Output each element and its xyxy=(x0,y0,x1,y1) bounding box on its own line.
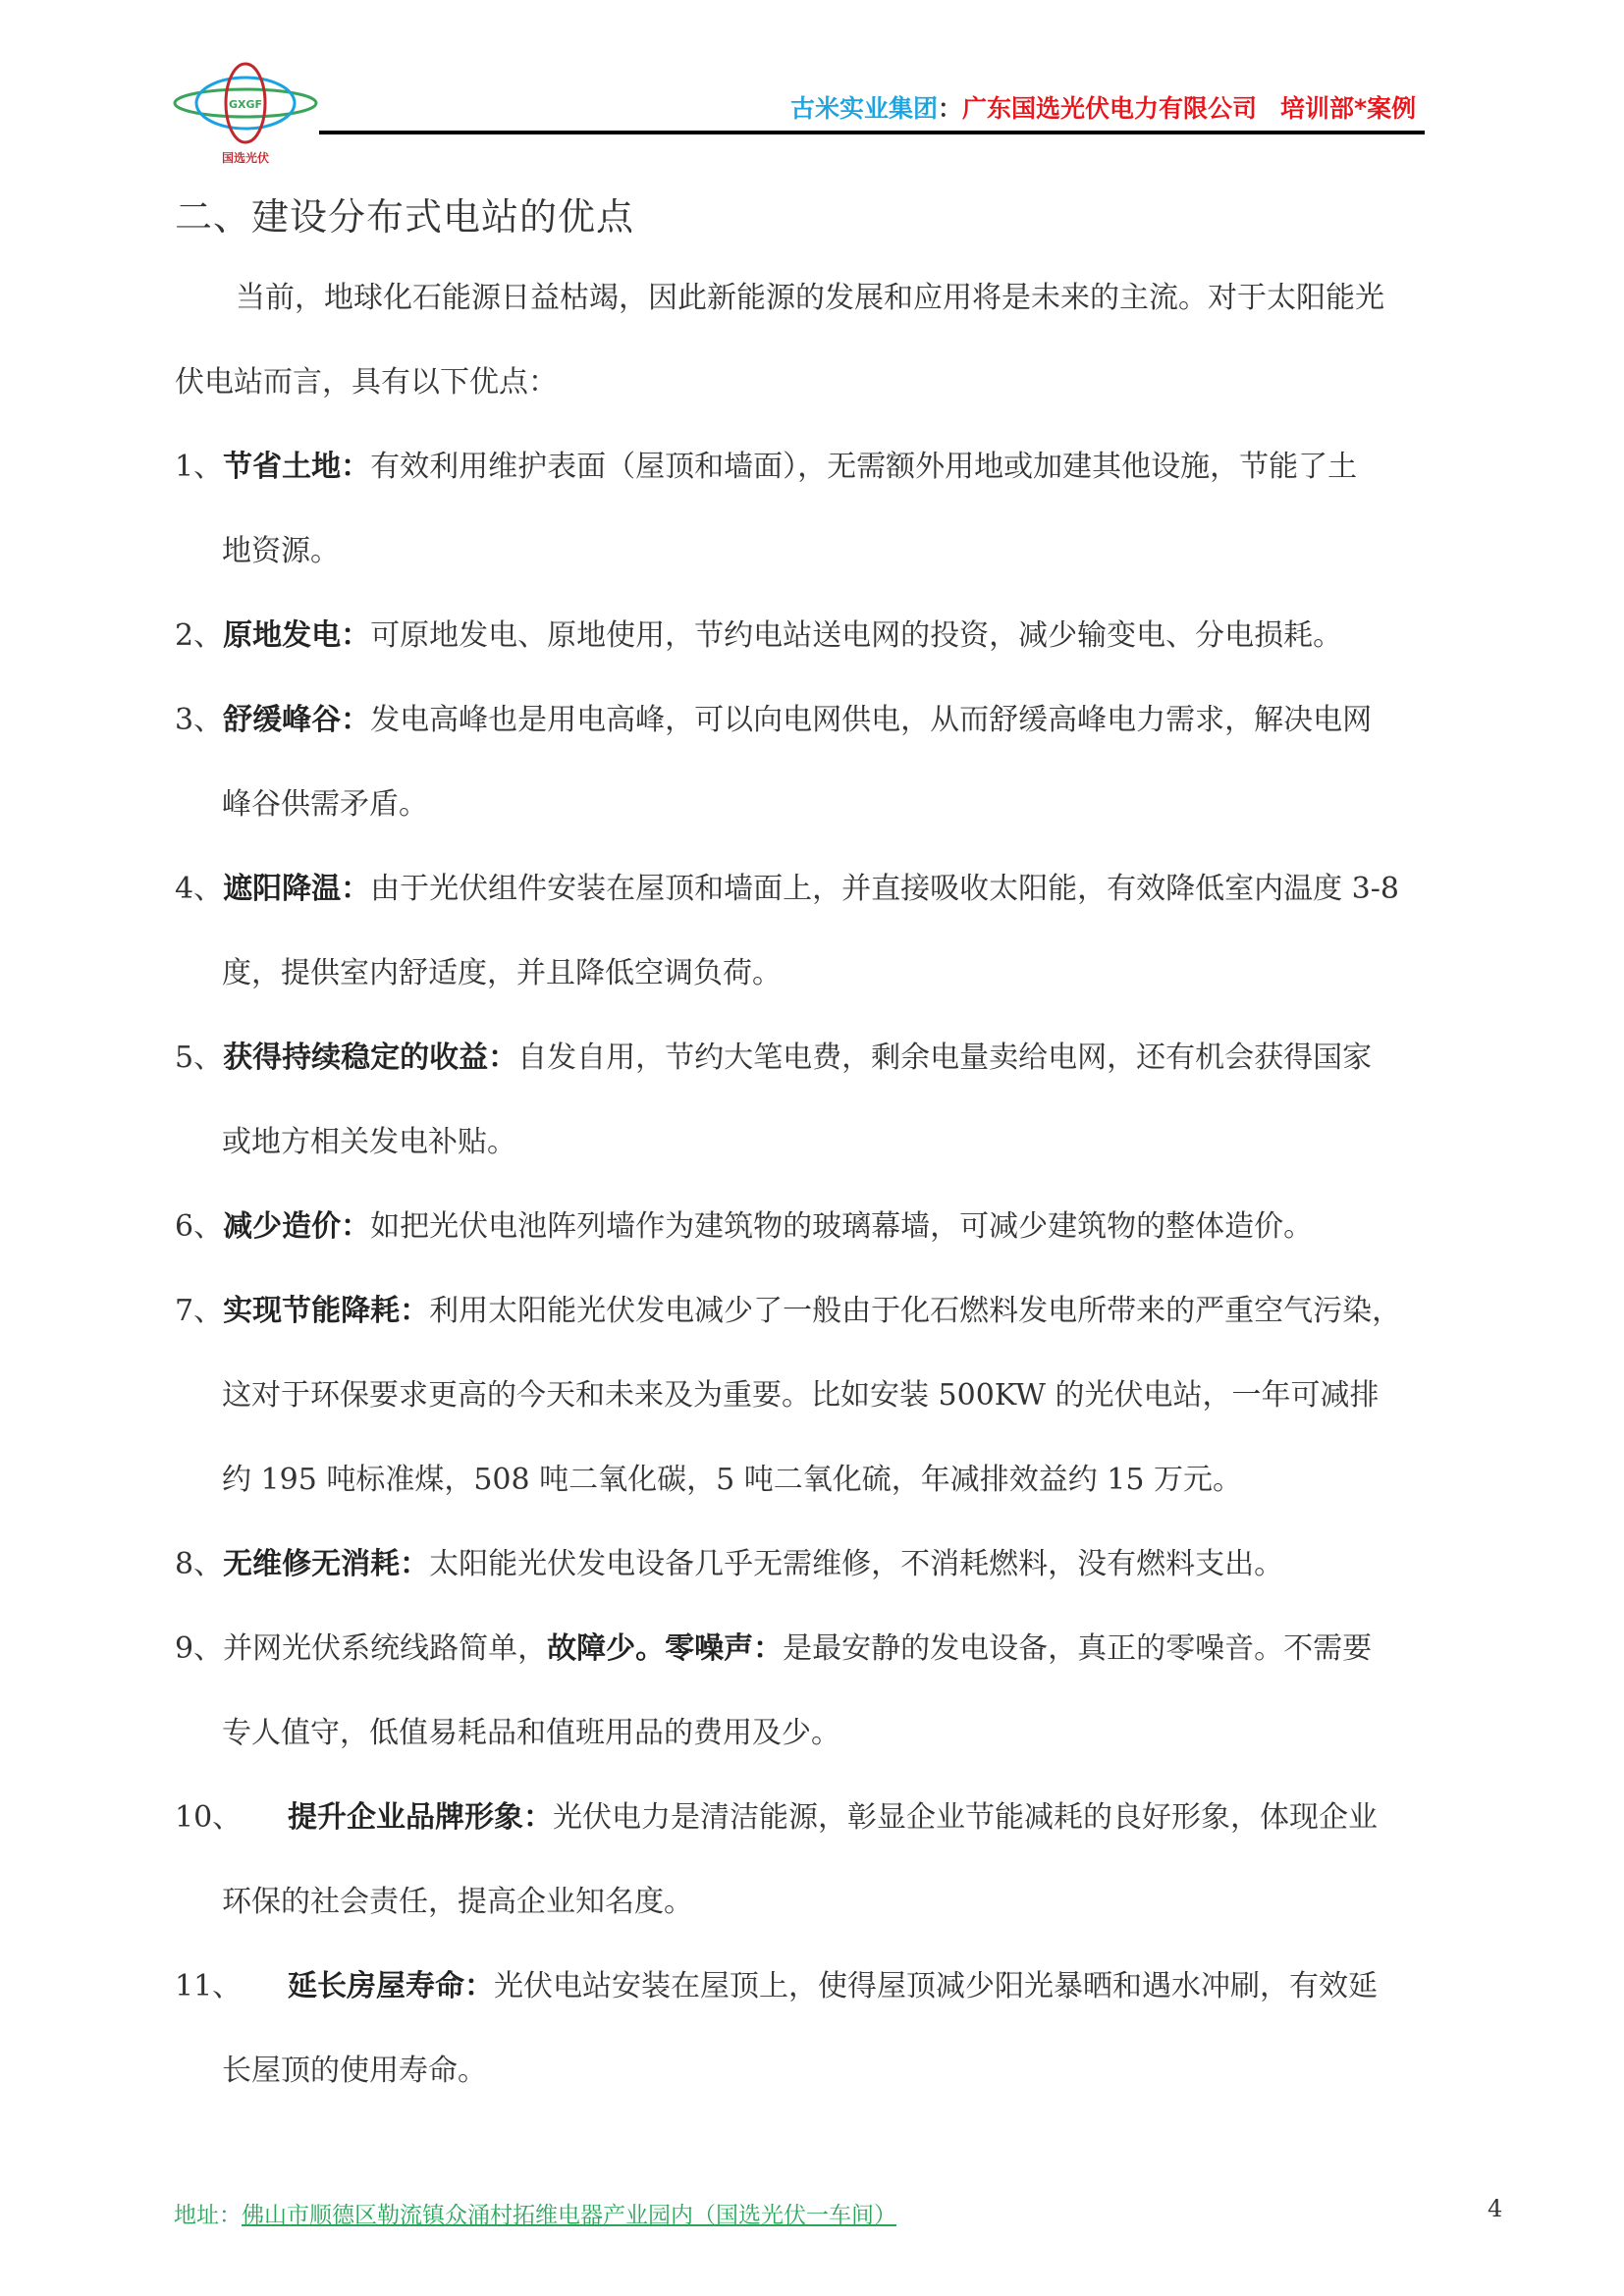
list-item-2: 2、原地发电：可原地发电、原地使用，节约电站送电网的投资，减少输变电、分电损耗。 xyxy=(175,594,1500,678)
item-heading: 提升企业品牌形象： xyxy=(288,1800,553,1835)
item-continuation: 这对于环保要求更高的今天和未来及为重要。比如安装 500KW 的光伏电站，一年可… xyxy=(175,1354,1500,1438)
header-banner: 古米实业集团：广东国选光伏电力有限公司培训部*案例 xyxy=(790,89,1416,125)
list-item-5: 5、获得持续稳定的收益：自发自用，节约大笔电费，剩余电量卖给电网，还有机会获得国… xyxy=(175,1016,1500,1185)
item-text: 自发自用，节约大笔电费，剩余电量卖给电网，还有机会获得国家 xyxy=(517,1041,1372,1075)
item-number: 11、 xyxy=(175,1945,288,2029)
list-item-7: 7、实现节能降耗：利用太阳能光伏发电减少了一般由于化石燃料发电所带来的严重空气污… xyxy=(175,1269,1500,1522)
item-continuation: 或地方相关发电补贴。 xyxy=(175,1100,1500,1185)
item-continuation: 长屋顶的使用寿命。 xyxy=(175,2029,1500,2113)
list-item-6: 6、减少造价：如把光伏电池阵列墙作为建筑物的玻璃幕墙，可减少建筑物的整体造价。 xyxy=(175,1185,1500,1269)
item-heading: 无维修无消耗： xyxy=(223,1547,429,1581)
list-item-4: 4、遮阳降温：由于光伏组件安装在屋顶和墙面上，并直接吸收太阳能，有效降低室内温度… xyxy=(175,847,1500,1016)
item-number: 1、 xyxy=(175,425,223,509)
item-number: 2、 xyxy=(175,594,223,678)
group-name: 古米实业集团 xyxy=(790,94,938,123)
item-text: 光伏电站安装在屋顶上，使得屋顶减少阳光暴晒和遇水冲刷，有效延 xyxy=(494,1969,1378,2003)
department-label: 培训部*案例 xyxy=(1280,94,1416,123)
svg-text:GXGF: GXGF xyxy=(229,98,262,111)
item-continuation: 地资源。 xyxy=(175,509,1500,594)
item-heading: 故障少。零噪声： xyxy=(547,1631,783,1666)
item-heading: 减少造价： xyxy=(223,1209,370,1244)
item-continuation: 峰谷供需矛盾。 xyxy=(175,763,1500,847)
item-pre-text: 并网光伏系统线路简单， xyxy=(223,1631,547,1666)
company-name: 广东国选光伏电力有限公司 xyxy=(962,94,1257,123)
intro-line-2: 伏电站而言，具有以下优点： xyxy=(175,341,1500,425)
svg-text:国选光伏: 国选光伏 xyxy=(222,150,269,165)
item-text: 利用太阳能光伏发电减少了一般由于化石燃料发电所带来的严重空气污染， xyxy=(429,1294,1401,1328)
item-heading: 遮阳降温： xyxy=(223,872,370,906)
item-text: 由于光伏组件安装在屋顶和墙面上，并直接吸收太阳能，有效降低室内温度 3-8 xyxy=(370,872,1399,906)
footer-address: 地址：佛山市顺德区勒流镇众涌村拓维电器产业园内（国选光伏一车间） xyxy=(174,2197,896,2229)
item-continuation: 专人值守，低值易耗品和值班用品的费用及少。 xyxy=(175,1691,1500,1776)
item-continuation: 环保的社会责任，提高企业知名度。 xyxy=(175,1860,1500,1945)
address-label: 地址： xyxy=(174,2203,242,2228)
company-logo: GXGF 国选光伏 xyxy=(167,49,324,167)
item-heading: 延长房屋寿命： xyxy=(288,1969,494,2003)
page-number: 4 xyxy=(1488,2195,1502,2222)
body-content: 当前，地球化石能源日益枯竭，因此新能源的发展和应用将是未来的主流。对于太阳能光 … xyxy=(175,256,1500,2113)
item-number: 5、 xyxy=(175,1016,223,1100)
item-continuation: 约 195 吨标准煤，508 吨二氧化碳，5 吨二氧化硫，年减排效益约 15 万… xyxy=(175,1438,1500,1522)
list-item-8: 8、无维修无消耗：太阳能光伏发电设备几乎无需维修，不消耗燃料，没有燃料支出。 xyxy=(175,1522,1500,1607)
item-heading: 实现节能降耗： xyxy=(223,1294,429,1328)
item-text: 发电高峰也是用电高峰，可以向电网供电，从而舒缓高峰电力需求，解决电网 xyxy=(370,703,1372,737)
item-number: 9、 xyxy=(175,1607,223,1691)
item-continuation: 度，提供室内舒适度，并且降低空调负荷。 xyxy=(175,932,1500,1016)
item-text: 太阳能光伏发电设备几乎无需维修，不消耗燃料，没有燃料支出。 xyxy=(429,1547,1283,1581)
item-heading: 节省土地： xyxy=(223,450,370,484)
item-number: 6、 xyxy=(175,1185,223,1269)
item-heading: 获得持续稳定的收益： xyxy=(223,1041,517,1075)
item-text: 光伏电力是清洁能源，彰显企业节能减耗的良好形象，体现企业 xyxy=(553,1800,1378,1835)
globe-logo-icon: GXGF 国选光伏 xyxy=(167,49,324,167)
section-title: 二、建设分布式电站的优点 xyxy=(175,187,634,240)
item-number: 8、 xyxy=(175,1522,223,1607)
list-item-9: 9、并网光伏系统线路简单，故障少。零噪声：是最安静的发电设备，真正的零噪音。不需… xyxy=(175,1607,1500,1776)
intro-line-1: 当前，地球化石能源日益枯竭，因此新能源的发展和应用将是未来的主流。对于太阳能光 xyxy=(175,256,1500,341)
list-item-1: 1、节省土地：有效利用维护表面（屋顶和墙面），无需额外用地或加建其他设施，节能了… xyxy=(175,425,1500,594)
item-number: 3、 xyxy=(175,678,223,763)
list-item-10: 10、提升企业品牌形象：光伏电力是清洁能源，彰显企业节能减耗的良好形象，体现企业… xyxy=(175,1776,1500,1945)
item-number: 10、 xyxy=(175,1776,288,1860)
item-text: 可原地发电、原地使用，节约电站送电网的投资，减少输变电、分电损耗。 xyxy=(370,618,1342,653)
item-heading: 舒缓峰谷： xyxy=(223,703,370,737)
header-separator: ： xyxy=(938,94,962,123)
item-number: 4、 xyxy=(175,847,223,932)
item-text: 如把光伏电池阵列墙作为建筑物的玻璃幕墙，可减少建筑物的整体造价。 xyxy=(370,1209,1313,1244)
list-item-3: 3、舒缓峰谷：发电高峰也是用电高峰，可以向电网供电，从而舒缓高峰电力需求，解决电… xyxy=(175,678,1500,847)
list-item-11: 11、延长房屋寿命：光伏电站安装在屋顶上，使得屋顶减少阳光暴晒和遇水冲刷，有效延… xyxy=(175,1945,1500,2113)
header-divider xyxy=(319,131,1425,134)
item-text: 有效利用维护表面（屋顶和墙面），无需额外用地或加建其他设施，节能了土 xyxy=(370,450,1357,484)
item-number: 7、 xyxy=(175,1269,223,1354)
item-heading: 原地发电： xyxy=(223,618,370,653)
item-text: 是最安静的发电设备，真正的零噪音。不需要 xyxy=(783,1631,1372,1666)
address-link[interactable]: 佛山市顺德区勒流镇众涌村拓维电器产业园内（国选光伏一车间） xyxy=(242,2203,896,2228)
